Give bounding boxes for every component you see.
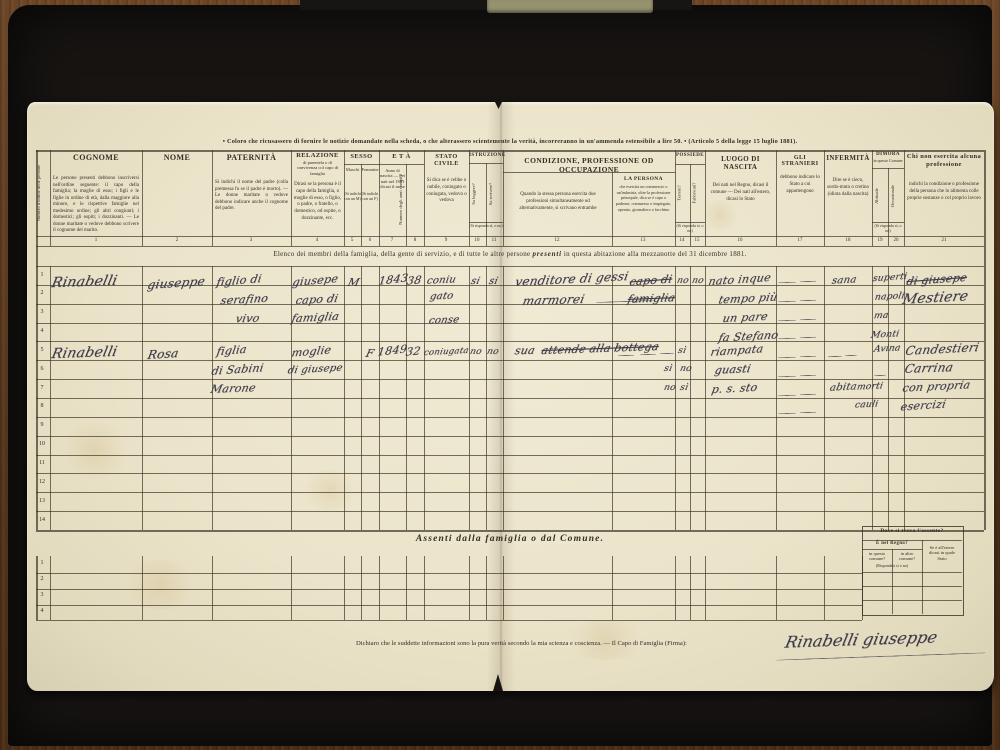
absent-box-col-b: in altro comune? — [893, 551, 921, 562]
declaration-text: Dichiaro che le suddette informazioni so… — [356, 640, 687, 647]
main-row-number: 8 — [36, 403, 48, 409]
table-line — [862, 586, 962, 587]
column-possiede-fabbricati: Fabbricati? — [692, 166, 704, 221]
table-line — [922, 540, 923, 614]
elenco-caption: Elenco dei membri della famiglia, della … — [36, 250, 984, 258]
table-line — [824, 150, 825, 246]
absent-box-col-a: in questo comune? — [863, 551, 891, 562]
column-dimora-abituale: Abituale — [874, 168, 886, 224]
column-number: 10 — [469, 238, 485, 243]
table-line — [36, 379, 984, 380]
table-line — [872, 168, 904, 169]
handwriting-entry: p. s. sto — [710, 381, 758, 396]
main-row-number: 1 — [36, 272, 48, 278]
column-nome-title: NOME — [142, 153, 212, 162]
handwriting-entry: sua — [514, 344, 537, 358]
column-relazione-subtitle: di parentela o di convivenza col capo di… — [293, 160, 342, 176]
table-line — [690, 164, 691, 246]
table-line — [36, 620, 862, 621]
column-cognome-desc: Le persone presenti debbono inscriversi … — [53, 176, 139, 235]
table-line — [36, 605, 862, 606]
table-line — [361, 164, 362, 246]
handwriting-entry: famiglia — [626, 291, 676, 306]
column-order-no-label: Numero d'ordine delle persone — [36, 150, 50, 236]
column-istruzione-scrivere: Sa scrivere? — [488, 165, 500, 223]
handwriting-entry: no — [679, 364, 693, 374]
handwriting-entry: napoli — [874, 291, 906, 303]
table-line — [872, 222, 904, 223]
column-istruzione-leggere: Sa leggere? — [471, 165, 483, 223]
table-line — [776, 150, 777, 246]
table-line — [36, 236, 984, 237]
handwriting-entry: marmorei — [521, 292, 586, 308]
column-la-persona-desc: che esercita un commercio o un'industria… — [614, 184, 673, 212]
column-sesso-femmine: Femmine — [361, 167, 379, 172]
column-number: 19 — [872, 238, 888, 243]
column-la-persona-title: LA PERSONA — [612, 176, 675, 182]
column-number: 11 — [486, 238, 502, 243]
column-no-professione-desc: indichi la condizione o professione dell… — [907, 182, 981, 202]
handwriting-entry: ma — [873, 311, 889, 322]
handwriting-entry: Rinabelli — [50, 273, 119, 291]
column-possiede-title: POSSIEDE — [675, 153, 705, 158]
main-row-number: 13 — [36, 498, 48, 504]
table-line — [862, 600, 962, 601]
table-line — [36, 341, 984, 342]
main-row-number: 12 — [36, 479, 48, 485]
column-number: 1 — [88, 238, 104, 243]
column-number: 12 — [549, 238, 565, 243]
table-line — [36, 398, 984, 399]
handwriting-entry: coniu — [426, 274, 457, 286]
handwriting-entry: un pare — [721, 310, 769, 325]
handwriting-entry: abita — [829, 381, 858, 393]
column-sesso-maschi-note: (Si indichi con un M) — [344, 192, 361, 202]
table-line — [862, 540, 962, 541]
column-number: 16 — [732, 238, 748, 243]
handwriting-entry: morti — [856, 381, 884, 392]
column-luogo-nascita-desc: Dei nati nel Regno, dicasi il comune — D… — [709, 183, 772, 203]
table-line — [862, 556, 863, 620]
absent-box-col-c: Se è all'estero dicasi in quale Stato — [924, 545, 960, 561]
handwriting-entry: capo di — [294, 292, 339, 307]
handwriting-entry: vivo — [235, 312, 261, 326]
table-line — [469, 163, 503, 164]
column-number: 2 — [169, 238, 185, 243]
column-number: 17 — [792, 238, 808, 243]
table-line — [36, 573, 862, 574]
photo-backdrop: • Coloro che ricusassero di fornire le n… — [0, 0, 1000, 750]
table-line — [36, 150, 984, 152]
handwriting-entry: famiglia — [290, 310, 340, 325]
column-sesso-femmine-note: (Si indichi con un F) — [361, 192, 379, 202]
column-infermita-title: INFERMITÀ — [824, 155, 872, 162]
column-stranieri-title: GLI STRANIERI — [776, 155, 824, 167]
column-number: 7 — [384, 238, 400, 243]
table-line — [503, 172, 675, 173]
column-stranieri-desc: debbono indicare lo Stato a cui apparten… — [779, 175, 821, 195]
table-line — [36, 589, 862, 590]
column-number: 4 — [309, 238, 325, 243]
table-line — [291, 150, 292, 246]
main-row-number: 9 — [36, 422, 48, 428]
column-paternita-title: PATERNITÀ — [212, 153, 291, 162]
column-sesso-title: SESSO — [344, 153, 379, 160]
column-number: 8 — [407, 238, 423, 243]
column-no-professione-title: Chi non esercita alcuna professione — [904, 153, 984, 169]
elenco-pre: Elenco dei membri della famiglia, della … — [273, 250, 532, 258]
table-line — [36, 246, 984, 247]
table-line — [36, 304, 984, 305]
absent-row-number: 2 — [36, 576, 48, 582]
absent-box-regno: È nel Regno? — [862, 541, 922, 546]
handwriting-entry: serafino — [219, 292, 269, 307]
table-line — [892, 549, 893, 614]
handwriting-entry: figlia — [216, 343, 248, 359]
column-number: 21 — [936, 238, 952, 243]
table-line — [36, 492, 984, 493]
elenco-presenti: presenti — [532, 250, 561, 258]
column-cognome-title: COGNOME — [50, 153, 142, 162]
table-line — [36, 266, 984, 267]
penalty-notice: • Coloro che ricusassero di fornire le n… — [36, 138, 984, 145]
table-line — [872, 150, 873, 246]
table-line — [406, 164, 407, 246]
column-possiede-terreni: Terreni? — [677, 166, 689, 221]
main-row-number: 5 — [36, 347, 48, 353]
main-row-number: 14 — [36, 517, 48, 523]
table-line — [36, 417, 984, 418]
table-line — [469, 222, 503, 223]
table-line — [862, 572, 962, 573]
column-number: 5 — [344, 238, 360, 243]
handwriting-entry: guasti — [714, 362, 752, 377]
handwriting-entry: conse — [428, 314, 461, 326]
handwriting-entry: no — [486, 347, 500, 357]
handwriting-entry: no — [469, 347, 483, 357]
table-line — [36, 511, 984, 512]
table-line — [612, 172, 613, 246]
column-number: 3 — [243, 238, 259, 243]
table-line — [36, 323, 984, 324]
table-line — [212, 150, 213, 246]
handwriting-entry: Rosa — [147, 346, 180, 362]
handwriting-entry: gato — [429, 291, 455, 303]
absent-heading: Assenti dalla famiglia o dal Comune. — [36, 534, 984, 544]
column-luogo-nascita-title: LUOGO DI NASCITA — [705, 155, 776, 171]
column-number: 15 — [689, 238, 705, 243]
handwriting-entry: no — [663, 383, 677, 393]
main-row-number: 10 — [36, 441, 48, 447]
handwriting-entry: no — [691, 276, 705, 286]
column-sesso-maschi: Maschi — [344, 167, 361, 172]
table-line — [344, 164, 424, 165]
table-line — [36, 455, 984, 456]
handwriting-entry: Monti — [870, 329, 900, 340]
handwriting-entry: Carrina — [903, 360, 954, 376]
column-infermita-desc: Dire se è cieco, sordo-muto o cretino (i… — [827, 178, 869, 198]
absent-row-number: 3 — [36, 592, 48, 598]
main-row-number: 3 — [36, 309, 48, 315]
column-eta-title: E T À — [379, 153, 424, 160]
main-row-number: 6 — [36, 366, 48, 372]
table-line — [675, 222, 705, 223]
column-number: 20 — [888, 238, 904, 243]
main-row-number: 11 — [36, 460, 48, 466]
main-row-number: 7 — [36, 385, 48, 391]
column-stato-civile-desc: Si dica se è celibe o nubile, coniugato … — [426, 178, 467, 205]
table-line — [36, 530, 984, 532]
absent-row-number: 4 — [36, 608, 48, 614]
table-line — [36, 436, 984, 437]
absent-row-number: 1 — [36, 560, 48, 566]
column-dimora-title: DIMORA — [872, 152, 904, 157]
handwriting-entry: Rinabelli — [50, 344, 119, 362]
table-line — [984, 150, 986, 530]
handwriting-entry: sana — [831, 274, 858, 286]
column-eta-anni-label: Numero degli anni compiti — [398, 165, 412, 235]
table-line — [486, 163, 487, 246]
table-line — [675, 164, 705, 165]
main-row-number: 2 — [36, 290, 48, 296]
column-number: 6 — [362, 238, 378, 243]
column-dimora-subtitle: in questo Comune — [872, 159, 904, 164]
column-dimora-occasionale: Occasionale — [890, 168, 902, 224]
main-row-number: 4 — [36, 328, 48, 334]
folder-tab — [487, 0, 653, 13]
table-line — [503, 150, 504, 246]
table-line — [888, 168, 889, 246]
table-line — [50, 150, 51, 246]
column-stato-civile-title: STATO CIVILE — [424, 153, 469, 167]
column-number: 9 — [438, 238, 454, 243]
column-number: 13 — [635, 238, 651, 243]
handwriting-entry: cauli — [854, 399, 879, 410]
column-relazione-desc: Dirasi se la persona è il capo della fam… — [293, 182, 342, 223]
elenco-post: in questa abitazione alla mezzanotte del… — [562, 250, 747, 258]
table-line — [424, 150, 425, 246]
table-line — [705, 150, 706, 246]
handwriting-entry: 38 — [406, 273, 423, 287]
column-condizione-desc: Quando la stessa persona esercita due pr… — [513, 192, 603, 212]
column-number: 14 — [674, 238, 690, 243]
column-paternita-desc: Si indichi il nome del padre (colla prem… — [215, 180, 288, 213]
table-line — [469, 150, 470, 246]
handwriting-entry: 32 — [405, 344, 422, 358]
handwriting-entry: Avina — [873, 343, 902, 354]
table-line — [36, 473, 984, 474]
table-line — [904, 150, 905, 246]
column-relazione-title: RELAZIONE — [291, 152, 344, 159]
table-line — [142, 150, 143, 246]
table-line — [36, 360, 984, 361]
column-number: 18 — [840, 238, 856, 243]
handwriting-entry: Marone — [209, 381, 257, 396]
column-istruzione-title: ISTRUZIONE — [469, 152, 503, 158]
handwriting-entry: no — [676, 276, 690, 286]
